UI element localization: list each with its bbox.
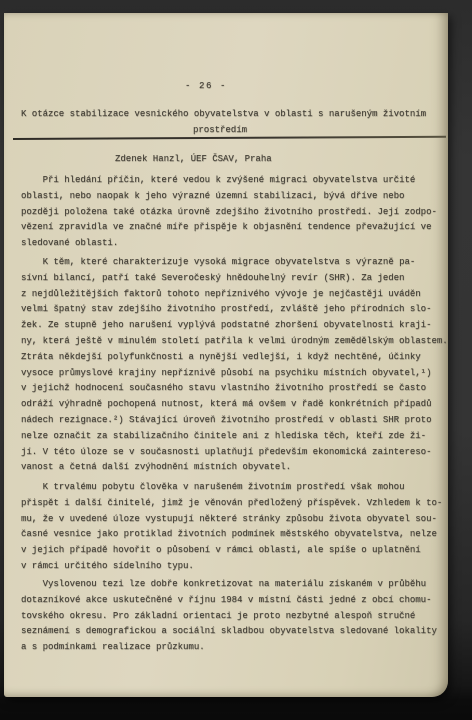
document-page: - 26 - K otázce stabilizace vesnického o… <box>4 13 448 697</box>
article-title-line-2: prostředím <box>193 124 247 136</box>
author-line: Zdenek Hanzl, ÚEF ČSAV, Praha <box>115 153 272 165</box>
page-number: - 26 - <box>185 80 227 92</box>
body-paragraph-3: K trvalému pobytu člověka v narušeném ži… <box>21 480 457 575</box>
title-divider <box>13 136 446 140</box>
article-title-line-1: K otázce stabilizace vesnického obyvatel… <box>21 108 426 120</box>
body-paragraph-1: Při hledání příčin, které vedou k zvýšen… <box>21 173 457 252</box>
body-paragraph-4: Vyslovenou tezi lze dobře konkretizovat … <box>21 577 457 656</box>
body-paragraph-2: K těm, které charakterizuje vysoká migra… <box>21 255 457 476</box>
